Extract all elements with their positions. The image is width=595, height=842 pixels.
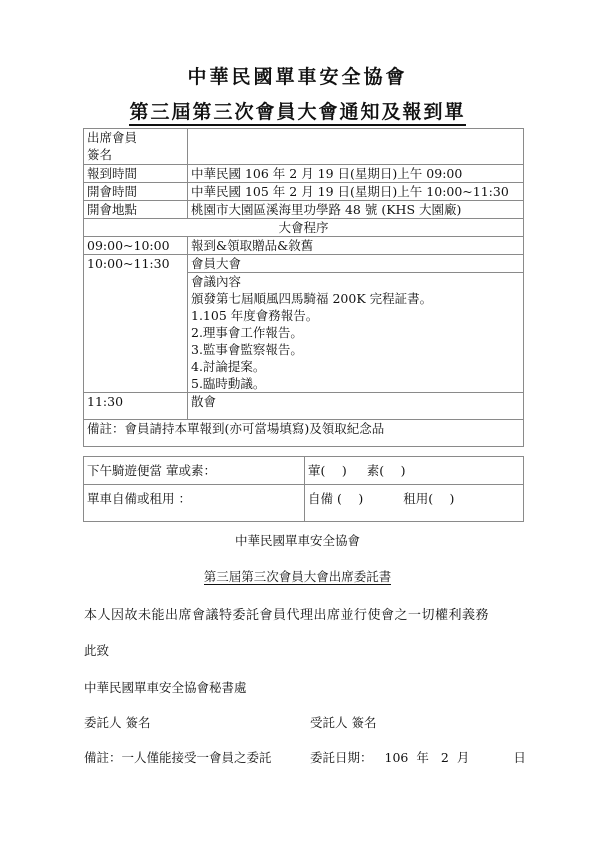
meeting-time-label: 開會時間 xyxy=(84,183,188,201)
date-day-unit: 日 xyxy=(513,750,526,765)
date-year-unit: 年 xyxy=(416,750,429,765)
date-label: 委託日期： xyxy=(310,750,373,765)
program-time: 09:00~10:00 xyxy=(84,237,188,255)
signature-label: 出席會員 簽名 xyxy=(84,129,188,165)
signature-field[interactable] xyxy=(188,129,524,165)
program-row: 09:00~10:00 報到&領取贈品&敘舊 xyxy=(84,237,524,255)
location-label: 開會地點 xyxy=(84,201,188,219)
bike-rent-option[interactable]: 租用( ) xyxy=(403,491,454,506)
lunch-label: 下午騎遊便當 葷或素： xyxy=(84,457,305,485)
proxy-recipient: 中華民國單車安全協會秘書處 xyxy=(84,678,247,696)
agenda-line: 3.監事會監察報告。 xyxy=(191,341,520,358)
program-heading-row: 大會程序 xyxy=(84,219,524,237)
program-activity: 報到&領取贈品&敘舊 xyxy=(188,237,524,255)
agenda-line: 5.臨時動議。 xyxy=(191,375,520,392)
proxy-salutation: 此致 xyxy=(84,641,109,659)
date-month-unit: 月 xyxy=(457,750,470,765)
proxy-title: 第三屆第三次會員大會出席委託書 xyxy=(0,567,595,585)
agenda-line: 1.105 年度會務報告。 xyxy=(191,307,520,324)
meeting-time-value: 中華民國 105 年 2 月 19 日(星期日)上午 10:00~11:30 xyxy=(188,183,524,201)
options-table: 下午騎遊便當 葷或素： 葷( )素( ) 單車自備或租用 ： 自備 ( )租用(… xyxy=(83,456,524,522)
note-text: 備註：會員請持本單報到(亦可當場填寫)及領取紀念品 xyxy=(84,420,524,447)
checkin-time-row: 報到時間 中華民國 106 年 2 月 19 日(星期日)上午 09:00 xyxy=(84,165,524,183)
notice-table: 出席會員 簽名 報到時間 中華民國 106 年 2 月 19 日(星期日)上午 … xyxy=(83,128,524,447)
proxy-footnote: 備註：一人僅能接受一會員之委託 xyxy=(84,748,272,766)
bike-label: 單車自備或租用 ： xyxy=(84,485,305,522)
proxy-statement: 本人因故未能出席會議特委託會員代理出席並行使會之一切權利義務 xyxy=(84,604,489,623)
form-title: 第三屆第三次會員大會通知及報到單 xyxy=(0,97,595,124)
bike-choices: 自備 ( )租用( ) xyxy=(305,485,524,522)
location-row: 開會地點 桃園市大園區溪海里功學路 48 號 (KHS 大園廠) xyxy=(84,201,524,219)
lunch-row: 下午騎遊便當 葷或素： 葷( )素( ) xyxy=(84,457,524,485)
date-year: 106 xyxy=(385,750,409,765)
lunch-veg-option[interactable]: 素( ) xyxy=(367,463,406,478)
agenda-line: 會議內容 xyxy=(191,273,520,290)
agenda-line: 2.理事會工作報告。 xyxy=(191,324,520,341)
checkin-time-label: 報到時間 xyxy=(84,165,188,183)
agenda-line: 頒發第七屆順風四馬騎福 200K 完程証書。 xyxy=(191,290,520,307)
agenda-line: 4.討論提案。 xyxy=(191,358,520,375)
meeting-time-row: 開會時間 中華民國 105 年 2 月 19 日(星期日)上午 10:00~11… xyxy=(84,183,524,201)
bike-own-option[interactable]: 自備 ( ) xyxy=(308,491,363,506)
agent-signature-label: 受託人 簽名 xyxy=(310,713,376,731)
org-title: 中華民國單車安全協會 xyxy=(0,62,595,89)
program-row: 11:30 散會 xyxy=(84,393,524,420)
program-time: 11:30 xyxy=(84,393,188,420)
proxy-org-name: 中華民國單車安全協會 xyxy=(0,531,595,549)
lunch-choices: 葷( )素( ) xyxy=(305,457,524,485)
program-row: 10:00~11:30 會員大會 xyxy=(84,255,524,273)
lunch-meat-option[interactable]: 葷( ) xyxy=(308,463,347,478)
agenda-details: 會議內容 頒發第七屆順風四馬騎福 200K 完程証書。 1.105 年度會務報告… xyxy=(188,273,524,393)
program-activity: 會員大會 xyxy=(188,255,524,273)
proxy-date: 委託日期： 106年 2月 日 xyxy=(310,748,526,766)
signature-row: 出席會員 簽名 xyxy=(84,129,524,165)
bike-row: 單車自備或租用 ： 自備 ( )租用( ) xyxy=(84,485,524,522)
program-time: 10:00~11:30 xyxy=(84,255,188,393)
program-heading: 大會程序 xyxy=(84,219,524,237)
date-month: 2 xyxy=(441,750,449,765)
checkin-time-value: 中華民國 106 年 2 月 19 日(星期日)上午 09:00 xyxy=(188,165,524,183)
location-value: 桃園市大園區溪海里功學路 48 號 (KHS 大園廠) xyxy=(188,201,524,219)
note-row: 備註：會員請持本單報到(亦可當場填寫)及領取紀念品 xyxy=(84,420,524,447)
program-activity: 散會 xyxy=(188,393,524,420)
principal-signature-label: 委託人 簽名 xyxy=(84,713,150,731)
